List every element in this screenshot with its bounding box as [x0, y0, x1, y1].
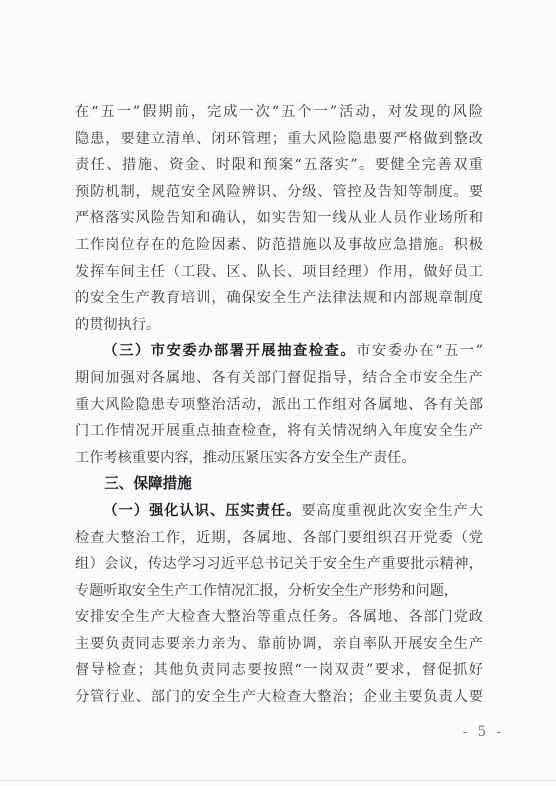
text-line: （一）强化认识、压实责任。要高度重视此次安全生产大 — [75, 498, 483, 525]
text-line: 组）会议，传达学习习近平总书记关于安全生产重要批示精神， — [75, 551, 483, 578]
text-line: 隐患，要建立清单、闭环管理；重大风险隐患要严格做到整改 — [75, 126, 483, 153]
text-line: 重大风险隐患专项整治活动，派出工作组对各属地、各有关部 — [75, 392, 483, 419]
body-text: 主要负责同志要亲力亲为、靠前协调，亲自率队开展安全生产 — [75, 636, 483, 652]
body-text: 的安全生产教育培训，确保安全生产法律法规和内部规章制度 — [75, 290, 483, 306]
body-text: 要高度重视此次安全生产大 — [301, 503, 483, 519]
text-line: 严格落实风险告知和确认，如实告知一线从业人员作业场所和 — [75, 205, 483, 232]
document-page: 在“五一”假期前，完成一次“五个一”活动，对发现的风险隐患，要建立清单、闭环管理… — [0, 0, 556, 786]
body-text: 预防机制，规范安全风险辨识、分级、管控及告知等制度。要 — [75, 184, 483, 200]
text-line: 发挥车间主任（工段、区、队长、项目经理）作用，做好员工 — [75, 259, 483, 286]
text-line: 安排安全生产大检查大整治等重点任务。各属地、各部门党政 — [75, 604, 483, 631]
text-line: 在“五一”假期前，完成一次“五个一”活动，对发现的风险 — [75, 99, 483, 126]
bold-lead-text: （一）强化认识、压实责任。 — [103, 503, 301, 519]
body-text: 组）会议，传达学习习近平总书记关于安全生产重要批示精神， — [75, 556, 483, 572]
text-line: 三、保障措施 — [75, 471, 483, 498]
body-text: 责任、措施、资金、时限和预案“五落实”。要健全完善双重 — [75, 157, 483, 173]
body-text: 专题听取安全生产工作情况汇报，分析安全生产形势和问题， — [75, 583, 458, 599]
bold-lead-text: 三、保障措施 — [104, 475, 192, 492]
text-line: 检查大整治工作，近期，各属地、各部门要组织召开党委（党 — [75, 525, 483, 552]
body-text: 安排安全生产大检查大整治等重点任务。各属地、各部门党政 — [75, 609, 483, 625]
body-text: 期间加强对各属地、各有关部门督促指导，结合全市安全生产 — [75, 370, 483, 386]
body-text: 工作岗位存在的危险因素、防范措施以及事故应急措施。积极 — [75, 237, 483, 253]
text-line: 门工作情况开展重点抽查检查，将有关情况纳入年度安全生产 — [75, 418, 483, 445]
text-line: 的贯彻执行。 — [75, 312, 483, 339]
text-line: （三）市安委办部署开展抽查检查。市安委办在“五一” — [75, 338, 483, 365]
body-text: 检查大整治工作，近期，各属地、各部门要组织召开党委（党 — [75, 530, 483, 546]
body-text: 督导检查；其他负责同志要按照“一岗双责”要求，督促抓好 — [75, 662, 483, 678]
body-text: 分管行业、部门的安全生产大检查大整治；企业主要负责人要 — [75, 689, 483, 705]
body-text: 发挥车间主任（工段、区、队长、项目经理）作用，做好员工 — [75, 264, 483, 280]
body-text: 的贯彻执行。 — [75, 317, 160, 333]
text-line: 的安全生产教育培训，确保安全生产法律法规和内部规章制度 — [75, 285, 483, 312]
scan-edge-line — [0, 780, 556, 781]
page-number: - 5 - — [463, 724, 504, 740]
text-line: 责任、措施、资金、时限和预案“五落实”。要健全完善双重 — [75, 152, 483, 179]
text-line: 分管行业、部门的安全生产大检查大整治；企业主要负责人要 — [75, 684, 483, 711]
body-text: 市安委办在“五一” — [356, 343, 483, 359]
body-text: 重大风险隐患专项整治活动，派出工作组对各属地、各有关部 — [75, 397, 483, 413]
text-line: 督导检查；其他负责同志要按照“一岗双责”要求，督促抓好 — [75, 657, 483, 684]
text-line: 工作岗位存在的危险因素、防范措施以及事故应急措施。积极 — [75, 232, 483, 259]
text-line: 期间加强对各属地、各有关部门督促指导，结合全市安全生产 — [75, 365, 483, 392]
body-text: 在“五一”假期前，完成一次“五个一”活动，对发现的风险 — [75, 104, 483, 120]
text-line: 工作考核重要内容，推动压紧压实各方安全生产责任。 — [75, 445, 483, 472]
page-footer: - 5 - — [463, 724, 504, 740]
text-line: 专题听取安全生产工作情况汇报，分析安全生产形势和问题， — [75, 578, 483, 605]
text-line: 预防机制，规范安全风险辨识、分级、管控及告知等制度。要 — [75, 179, 483, 206]
bold-lead-text: （三）市安委办部署开展抽查检查。 — [103, 343, 356, 359]
body-text: 工作考核重要内容，推动压紧压实各方安全生产责任。 — [75, 450, 416, 466]
document-body: 在“五一”假期前，完成一次“五个一”活动，对发现的风险隐患，要建立清单、闭环管理… — [75, 99, 483, 711]
body-text: 隐患，要建立清单、闭环管理；重大风险隐患要严格做到整改 — [75, 131, 483, 147]
body-text: 门工作情况开展重点抽查检查，将有关情况纳入年度安全生产 — [75, 423, 483, 439]
text-line: 主要负责同志要亲力亲为、靠前协调，亲自率队开展安全生产 — [75, 631, 483, 658]
body-text: 严格落实风险告知和确认，如实告知一线从业人员作业场所和 — [75, 210, 483, 226]
